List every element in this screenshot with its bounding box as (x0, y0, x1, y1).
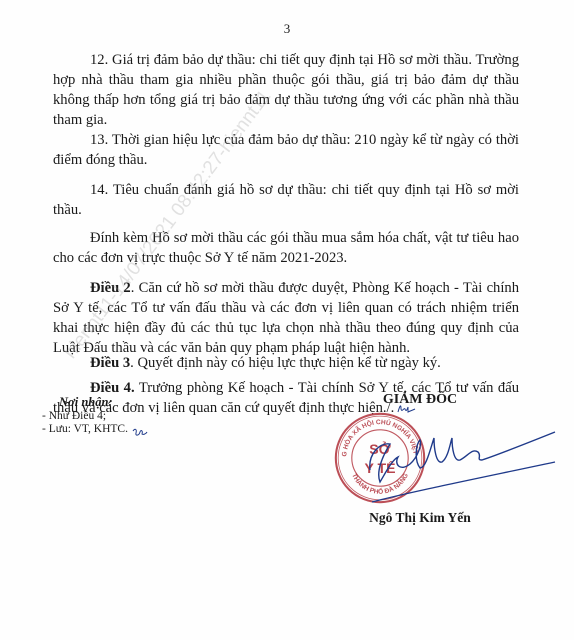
paragraph-attachment: Đính kèm Hồ sơ mời thầu các gói thầu mua… (53, 228, 519, 268)
recipient-item: - Lưu: VT, KHTC. (42, 423, 149, 438)
page-number: 3 (0, 21, 574, 37)
article-2-text: Điều 2. Căn cứ hồ sơ mời thầu được duyệt… (53, 278, 519, 358)
paragraph-14: 14. Tiêu chuẩn đánh giá hồ sơ dự thầu: c… (53, 180, 519, 220)
article-3-text: Điều 3. Quyết định này có hiệu lực thực … (53, 353, 519, 373)
paragraph-12: 12. Giá trị đảm bảo dự thầu: chi tiết qu… (53, 50, 519, 130)
recipient-item: - Như Điều 4; (42, 410, 149, 423)
handwritten-signature-icon (330, 402, 570, 512)
article-2: Điều 2. Căn cứ hồ sơ mời thầu được duyệt… (53, 278, 519, 358)
article-3-body: . Quyết định này có hiệu lực thực hiện k… (130, 355, 441, 371)
document-page: 3 12. Giá trị đảm bảo dự thầu: chi tiết … (0, 0, 574, 640)
signer-name: Ngô Thị Kim Yến (330, 510, 510, 526)
recipients-title: Nơi nhận: (59, 396, 149, 409)
paragraph-14-text: 14. Tiêu chuẩn đánh giá hồ sơ dự thầu: c… (53, 180, 519, 220)
paragraph-13: 13. Thời gian hiệu lực của đảm bảo dự th… (53, 130, 519, 170)
article-3-label: Điều 3 (90, 355, 130, 371)
recipients-block: Nơi nhận: - Như Điều 4; - Lưu: VT, KHTC. (35, 396, 149, 438)
paragraph-13-text: 13. Thời gian hiệu lực của đảm bảo dự th… (53, 130, 519, 170)
article-3: Điều 3. Quyết định này có hiệu lực thực … (53, 353, 519, 373)
initials-mark-icon (131, 426, 149, 438)
signature-block: GIÁM ĐỐC CỘNG HÒA XÃ HỘI CHỦ NGHĨA VIỆT … (330, 392, 550, 532)
paragraph-attachment-text: Đính kèm Hồ sơ mời thầu các gói thầu mua… (53, 228, 519, 268)
paragraph-12-text: 12. Giá trị đảm bảo dự thầu: chi tiết qu… (53, 50, 519, 130)
recipient-item-text: - Lưu: VT, KHTC. (42, 423, 128, 435)
article-2-label: Điều 2 (90, 280, 131, 296)
article-4-label: Điều 4. (90, 380, 135, 396)
